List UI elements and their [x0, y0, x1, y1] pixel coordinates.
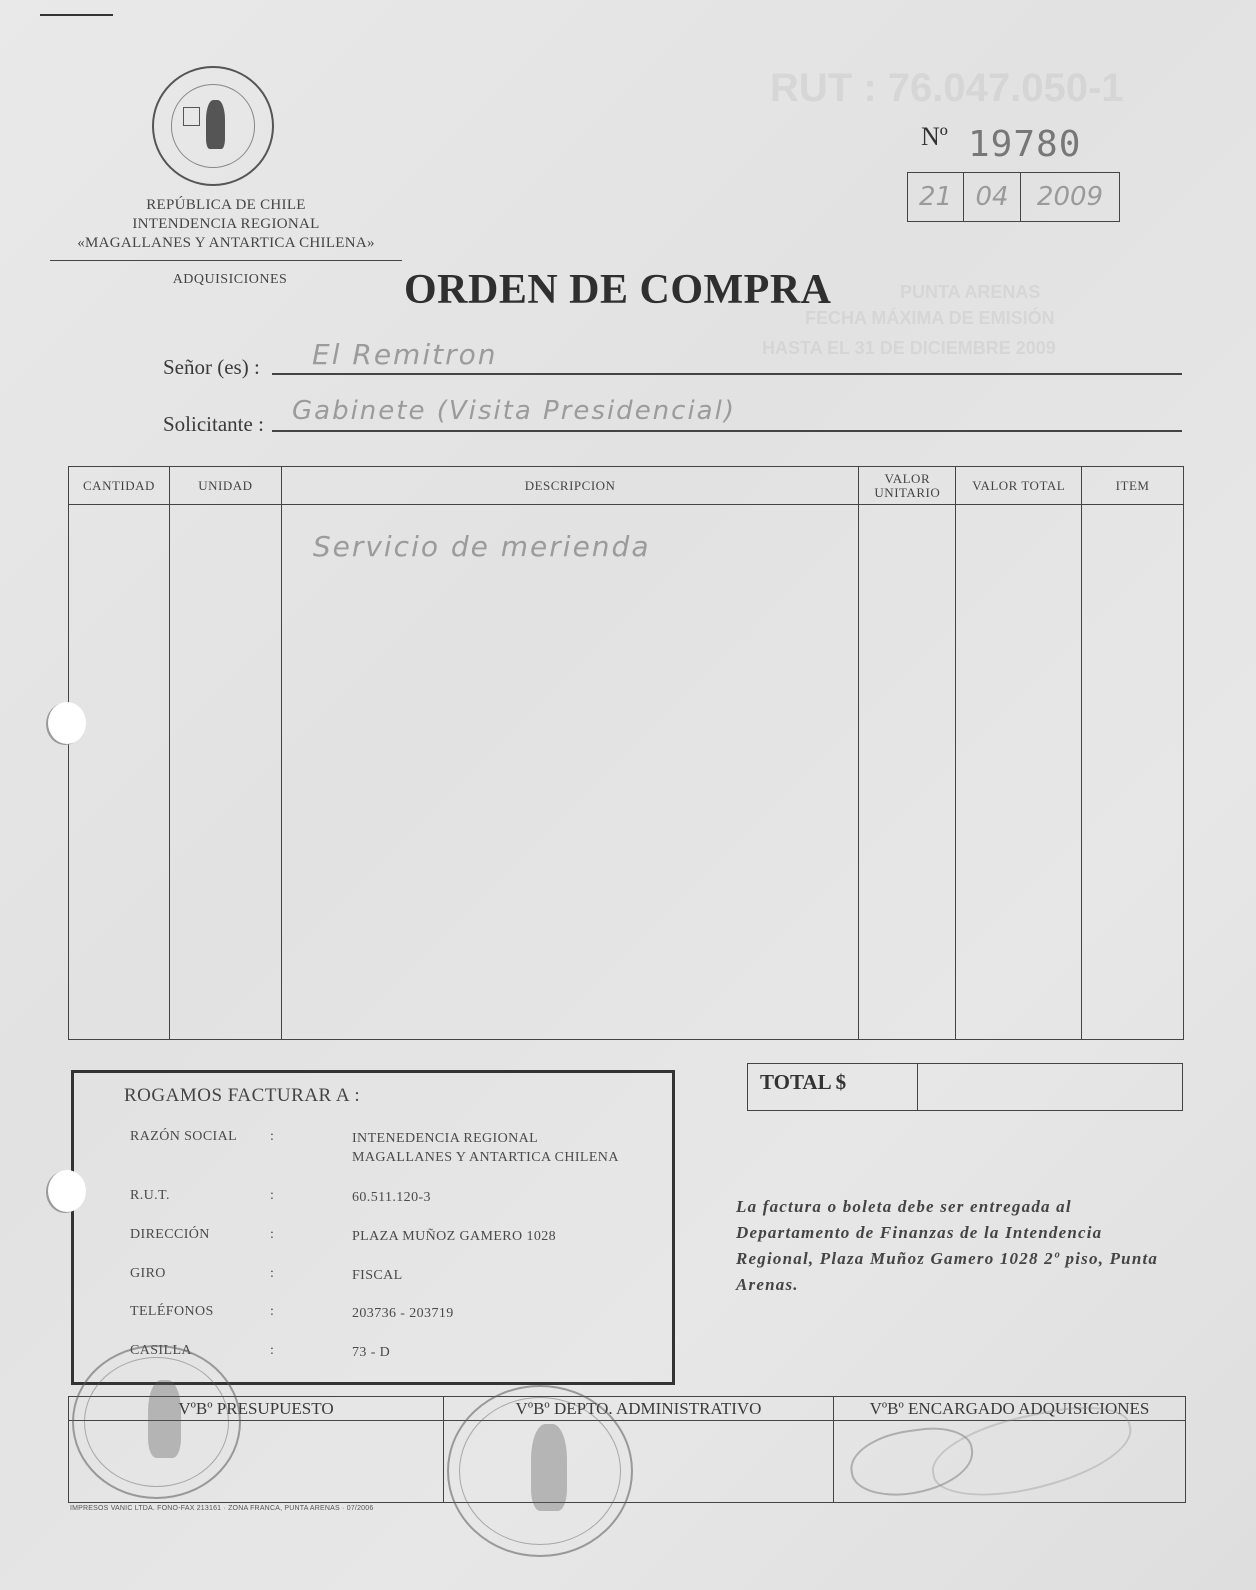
scanned-page: RUT : 76.047.050-1 PUNTA ARENAS FECHA MÁ… [0, 0, 1256, 1590]
column-unidad: UNIDAD [169, 467, 281, 505]
column-valor-total: VALOR TOTAL [956, 467, 1082, 505]
billing-label: DIRECCIÓN [130, 1227, 210, 1243]
seal-flag-icon [183, 107, 200, 127]
issuer-region: «MAGALLANES Y ANTARTICA CHILENA» [50, 234, 402, 253]
total-box: TOTAL $ [747, 1063, 1183, 1111]
bleed-through-rut: RUT : 76.047.050-1 [770, 66, 1124, 111]
seal-figure-icon [206, 100, 224, 149]
billing-separator: : [270, 1266, 274, 1282]
billing-label: GIRO [130, 1266, 166, 1282]
cell-valor-total [956, 505, 1082, 1040]
scan-mark [40, 14, 113, 16]
order-number-label: Nº [921, 122, 948, 152]
document-title: ORDEN DE COMPRA [404, 266, 831, 314]
regional-seal-logo [152, 66, 274, 186]
seal-ring [171, 84, 256, 167]
punch-hole-bottom [48, 1170, 86, 1212]
billing-separator: : [270, 1188, 274, 1204]
bleed-through-deadline: HASTA EL 31 DE DICIEMBRE 2009 [762, 338, 1056, 359]
header-divider [50, 260, 402, 261]
billing-value: PLAZA MUÑOZ GAMERO 1028 [352, 1227, 556, 1246]
billing-separator: : [270, 1129, 274, 1145]
approval-label: VºBº ENCARGADO ADQUISICIONES [834, 1397, 1185, 1421]
bleed-through-city: PUNTA ARENAS [900, 282, 1040, 303]
column-valor-unitario: VALOR UNITARIO [859, 467, 956, 505]
issuer-office: INTENDENCIA REGIONAL [50, 215, 402, 234]
column-cantidad: CANTIDAD [69, 467, 170, 505]
billing-title: ROGAMOS FACTURAR A : [124, 1085, 360, 1107]
cell-item [1082, 505, 1184, 1040]
items-table: CANTIDAD UNIDAD DESCRIPCION VALOR UNITAR… [68, 466, 1184, 1040]
billing-separator: : [270, 1304, 274, 1320]
solicitante-line [272, 430, 1182, 432]
total-value [918, 1064, 1182, 1110]
punch-hole-top [48, 702, 86, 744]
description-value: Servicio de merienda [313, 530, 858, 563]
column-item: ITEM [1082, 467, 1184, 505]
total-label: TOTAL $ [748, 1064, 918, 1110]
date-year: 2009 [1021, 173, 1119, 221]
order-number: 19780 [968, 124, 1081, 165]
billing-value-line1: INTENEDENCIA REGIONAL [352, 1131, 538, 1146]
senor-label: Señor (es) : [163, 355, 260, 380]
cell-unidad [169, 505, 281, 1040]
issuer-header: REPÚBLICA DE CHILE INTENDENCIA REGIONAL … [50, 196, 402, 253]
cell-descripcion: Servicio de merienda [281, 505, 859, 1040]
order-number-label-text: Nº [921, 122, 948, 151]
billing-value: 60.511.120-3 [352, 1188, 431, 1207]
cell-valor-unitario [859, 505, 956, 1040]
cell-cantidad [69, 505, 170, 1040]
billing-label: R.U.T. [130, 1188, 170, 1204]
billing-label: TELÉFONOS [130, 1304, 214, 1320]
department-label: ADQUISICIONES [140, 272, 320, 288]
stamp-figure-icon [531, 1424, 567, 1511]
column-descripcion: DESCRIPCION [281, 467, 859, 505]
senor-line [272, 373, 1182, 375]
billing-info-box: ROGAMOS FACTURAR A : RAZÓN SOCIAL : INTE… [71, 1070, 675, 1385]
billing-value: INTENEDENCIA REGIONAL MAGALLANES Y ANTAR… [352, 1129, 619, 1167]
printer-footer: IMPRESOS VANIC LTDA. FONO-FAX 213161 · Z… [70, 1505, 373, 1512]
date-month: 04 [964, 173, 1021, 221]
table-row: Servicio de merienda [69, 505, 1184, 1040]
invoice-delivery-notice: La factura o boleta debe ser entregada a… [736, 1194, 1176, 1298]
bleed-through-date-limit: FECHA MÁXIMA DE EMISIÓN [805, 308, 1055, 329]
billing-separator: : [270, 1227, 274, 1243]
billing-value: FISCAL [352, 1266, 403, 1285]
billing-value: 73 - D [352, 1343, 390, 1362]
senor-value: El Remitron [312, 338, 497, 371]
stamp-figure-icon [148, 1380, 181, 1458]
billing-separator: : [270, 1343, 274, 1359]
solicitante-label: Solicitante : [163, 412, 264, 437]
billing-label: RAZÓN SOCIAL [130, 1129, 237, 1145]
solicitante-value: Gabinete (Visita Presidencial) [292, 396, 736, 426]
finance-dept-stamp [72, 1345, 241, 1499]
issuer-country: REPÚBLICA DE CHILE [50, 196, 402, 215]
billing-value-line2: MAGALLANES Y ANTARTICA CHILENA [352, 1150, 619, 1165]
date-box: 21 04 2009 [907, 172, 1120, 222]
items-table-header: CANTIDAD UNIDAD DESCRIPCION VALOR UNITAR… [69, 467, 1184, 505]
admin-dept-stamp [447, 1385, 633, 1557]
billing-value: 203736 - 203719 [352, 1304, 454, 1323]
date-day: 21 [908, 173, 964, 221]
